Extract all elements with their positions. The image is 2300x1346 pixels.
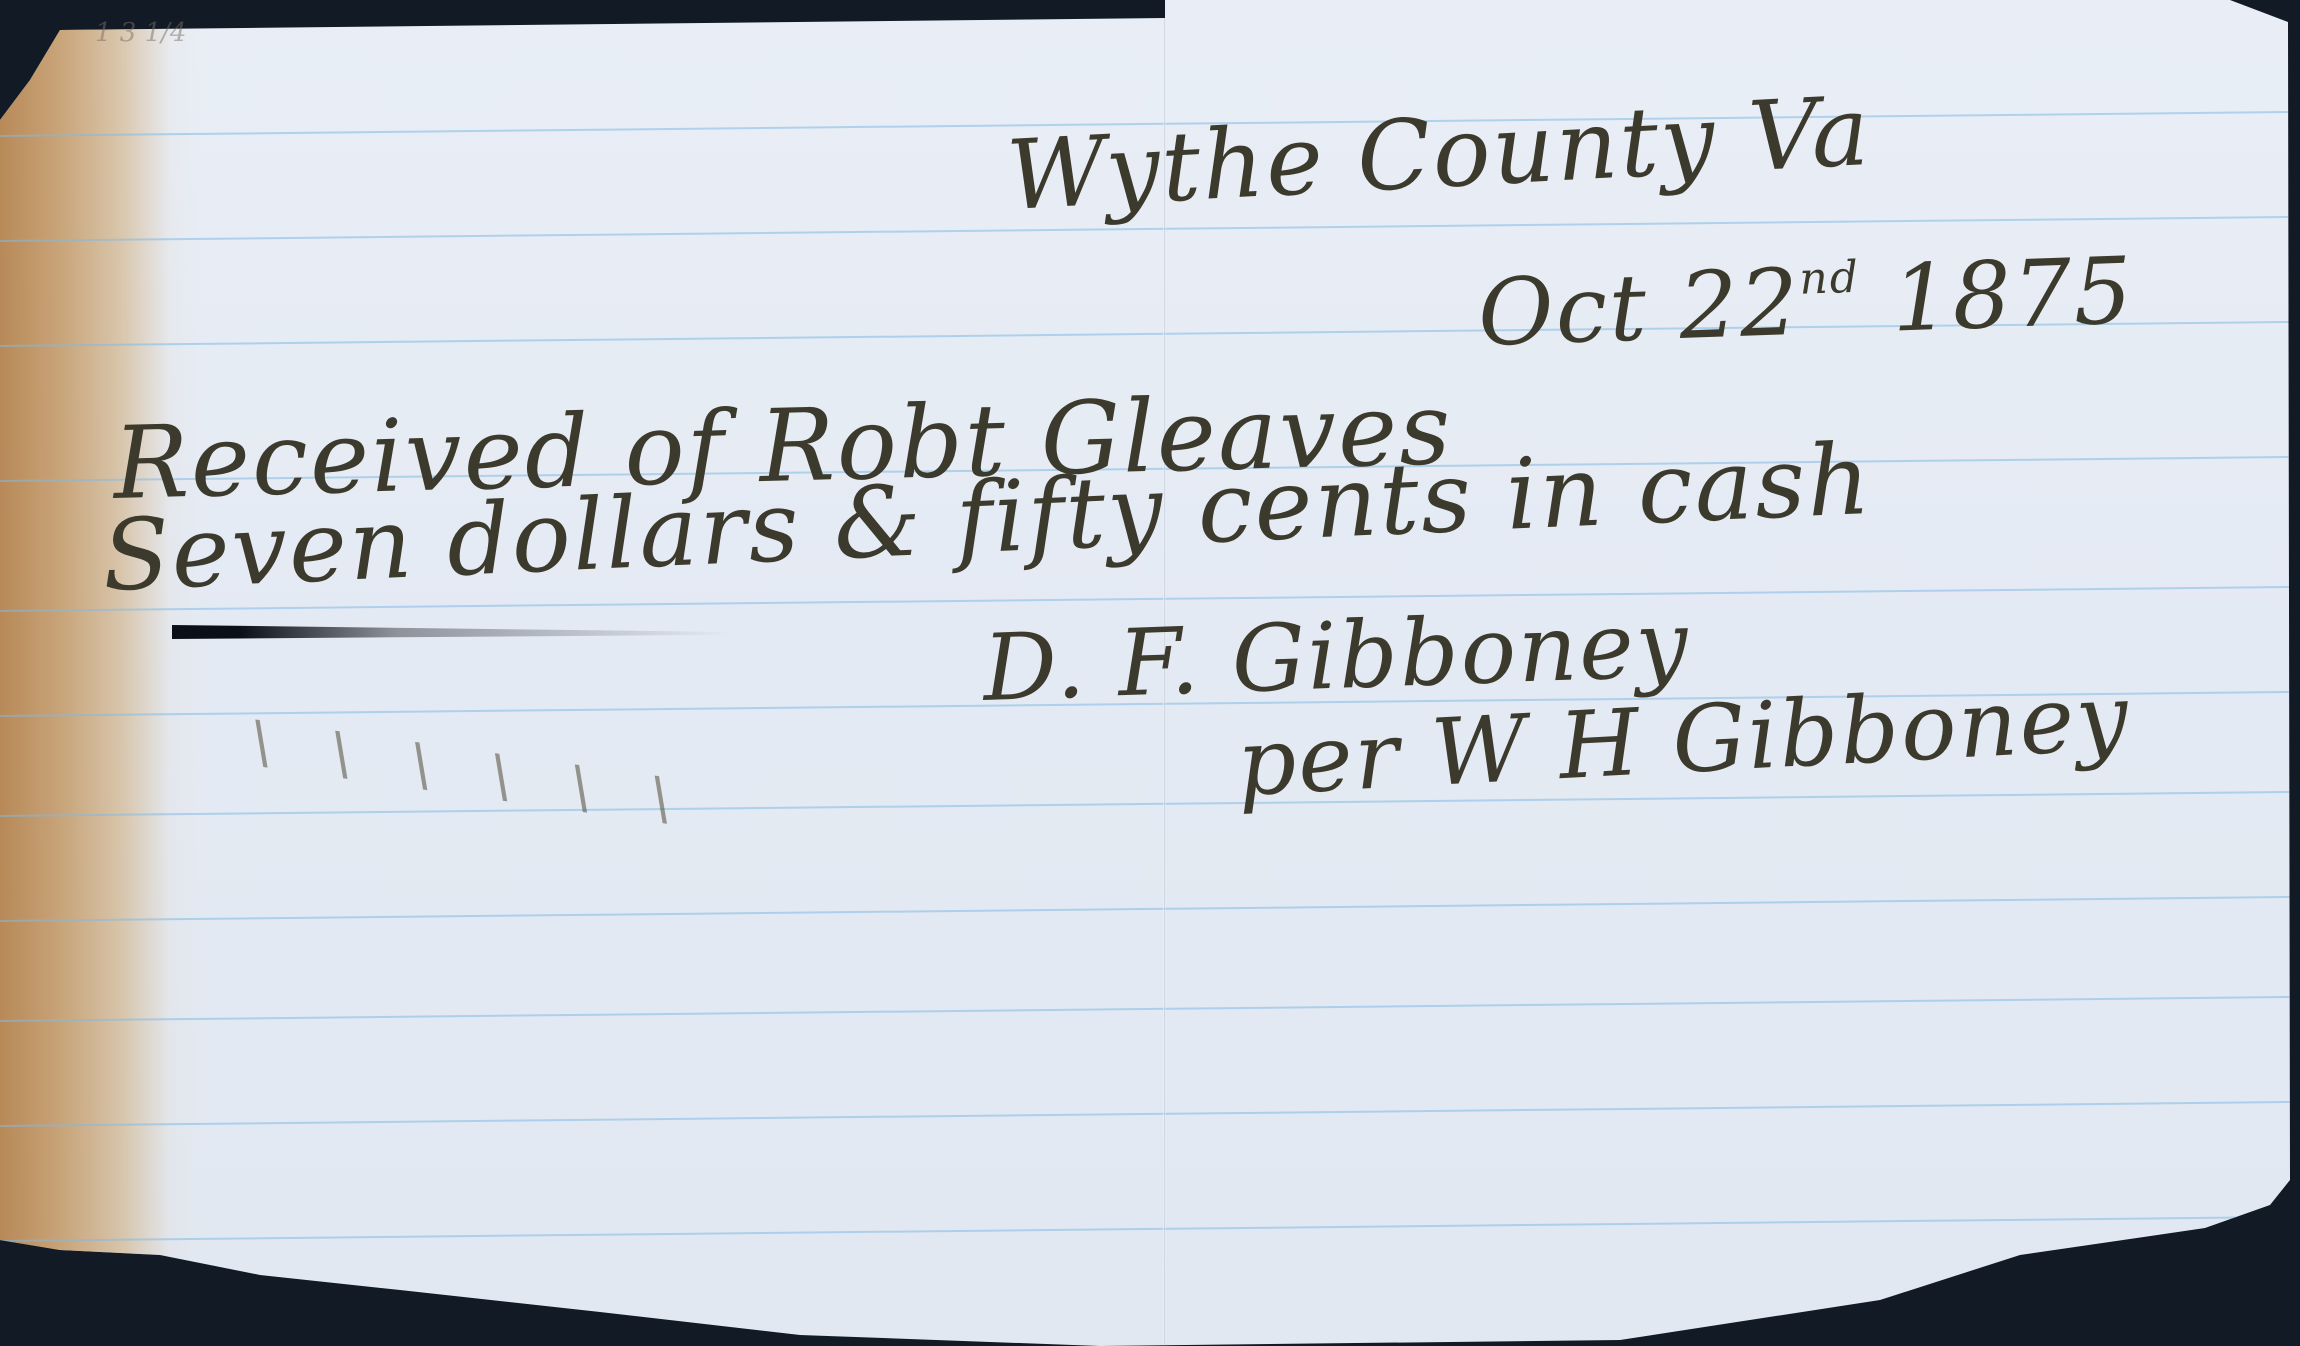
ruled-line [0, 1101, 2300, 1127]
document-scan: 1 3 1/4 Wythe County Va Oct 22nd 1875 Re… [0, 0, 2300, 1346]
date-year: 1875 [1890, 237, 2136, 352]
paper-tear [172, 625, 732, 639]
date-month-day: Oct 22 [1476, 249, 1802, 367]
ruled-line [0, 1216, 2300, 1242]
corner-note: 1 3 1/4 [95, 18, 186, 48]
ruled-line [0, 896, 2300, 922]
ruled-line [0, 791, 2300, 817]
ruled-line [0, 996, 2300, 1022]
date-line: Oct 22nd 1875 [1476, 237, 2135, 367]
date-ordinal: nd [1798, 252, 1860, 305]
